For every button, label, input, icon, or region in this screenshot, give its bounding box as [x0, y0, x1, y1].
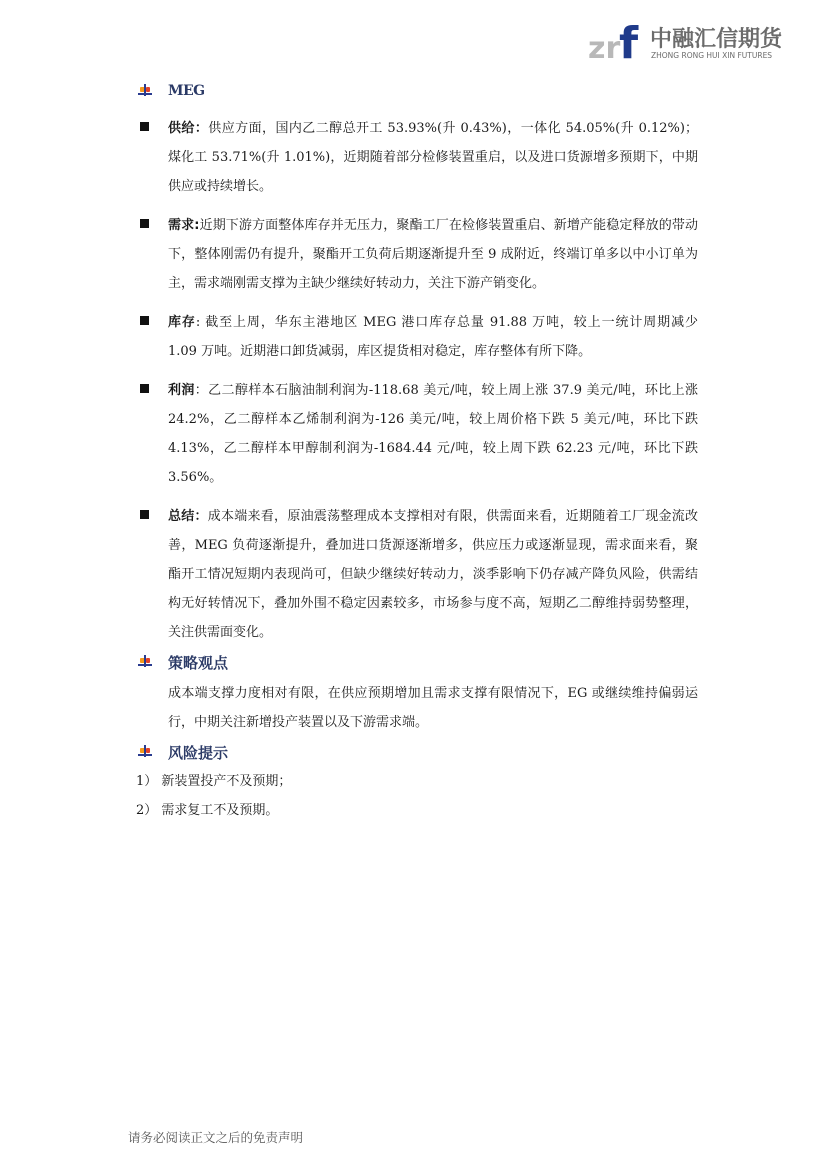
disclaimer-footer: 请务必阅读正文之后的免责声明: [128, 1128, 303, 1146]
bullet-text: 近期下游方面整体库存并无压力，聚酯工厂在检修装置重启、新增产能稳定释放的带动下，…: [168, 218, 698, 291]
bullet-text: ：乙二醇样本石脑油制利润为-118.68 美元/吨，较上周上涨 37.9 美元/…: [168, 383, 698, 485]
bullet-text: 供应方面，国内乙二醇总开工 53.93%(升 0.43%)，一体化 54.05%…: [168, 121, 698, 194]
square-bullet-icon: [140, 122, 149, 131]
svg-text:f: f: [619, 20, 639, 60]
bullet-label: 库存: [168, 315, 196, 330]
bullet-inventory: 库存: 截至上周，华东主港地区 MEG 港口库存总量 91.88 万吨，较上一统…: [138, 308, 698, 366]
section-title: 风险提示: [168, 742, 228, 763]
logo-chinese-name: 中融汇信期货: [650, 22, 782, 53]
report-body: MEG 供给：供应方面，国内乙二醇总开工 53.93%(升 0.43%)，一体化…: [138, 78, 698, 825]
bullet-text: 成本端来看，原油震荡整理成本支撑相对有限，供需面来看，近期随着工厂现金流改善，M…: [168, 509, 698, 640]
bullet-supply: 供给：供应方面，国内乙二醇总开工 53.93%(升 0.43%)，一体化 54.…: [138, 114, 698, 201]
section-marker-icon: [138, 745, 152, 759]
bullet-label: 总结：: [168, 509, 208, 524]
logo-english-name: ZHONG RONG HUI XIN FUTURES: [651, 51, 772, 60]
strategy-text: 成本端支撑力度相对有限，在供应预期增加且需求支撑有限情况下，EG 或继续维持偏弱…: [168, 679, 698, 737]
risk-item: 2） 需求复工不及预期。: [136, 796, 698, 825]
zrf-logo-mark-icon: zr f: [588, 20, 642, 60]
section-marker-icon: [138, 655, 152, 669]
risk-item: 1） 新装置投产不及预期；: [136, 767, 698, 796]
section-marker-icon: [138, 84, 152, 98]
section-title: MEG: [168, 83, 205, 99]
section-heading-strategy: 策略观点: [138, 649, 698, 675]
bullet-label: 利润: [168, 383, 195, 398]
bullet-text: : 截至上周，华东主港地区 MEG 港口库存总量 91.88 万吨，较上一统计周…: [168, 315, 698, 359]
bullet-label: 需求:: [168, 218, 199, 233]
company-logo: zr f 中融汇信期货 ZHONG RONG HUI XIN FUTURES: [588, 18, 788, 64]
square-bullet-icon: [140, 510, 149, 519]
section-title: 策略观点: [168, 652, 228, 673]
bullet-profit: 利润：乙二醇样本石脑油制利润为-118.68 美元/吨，较上周上涨 37.9 美…: [138, 376, 698, 492]
section-heading-meg: MEG: [138, 78, 698, 104]
section-heading-risk: 风险提示: [138, 739, 698, 765]
bullet-demand: 需求:近期下游方面整体库存并无压力，聚酯工厂在检修装置重启、新增产能稳定释放的带…: [138, 211, 698, 298]
svg-text:zr: zr: [588, 31, 620, 60]
square-bullet-icon: [140, 219, 149, 228]
square-bullet-icon: [140, 316, 149, 325]
bullet-summary: 总结：成本端来看，原油震荡整理成本支撑相对有限，供需面来看，近期随着工厂现金流改…: [138, 502, 698, 647]
bullet-label: 供给：: [168, 121, 208, 136]
square-bullet-icon: [140, 384, 149, 393]
